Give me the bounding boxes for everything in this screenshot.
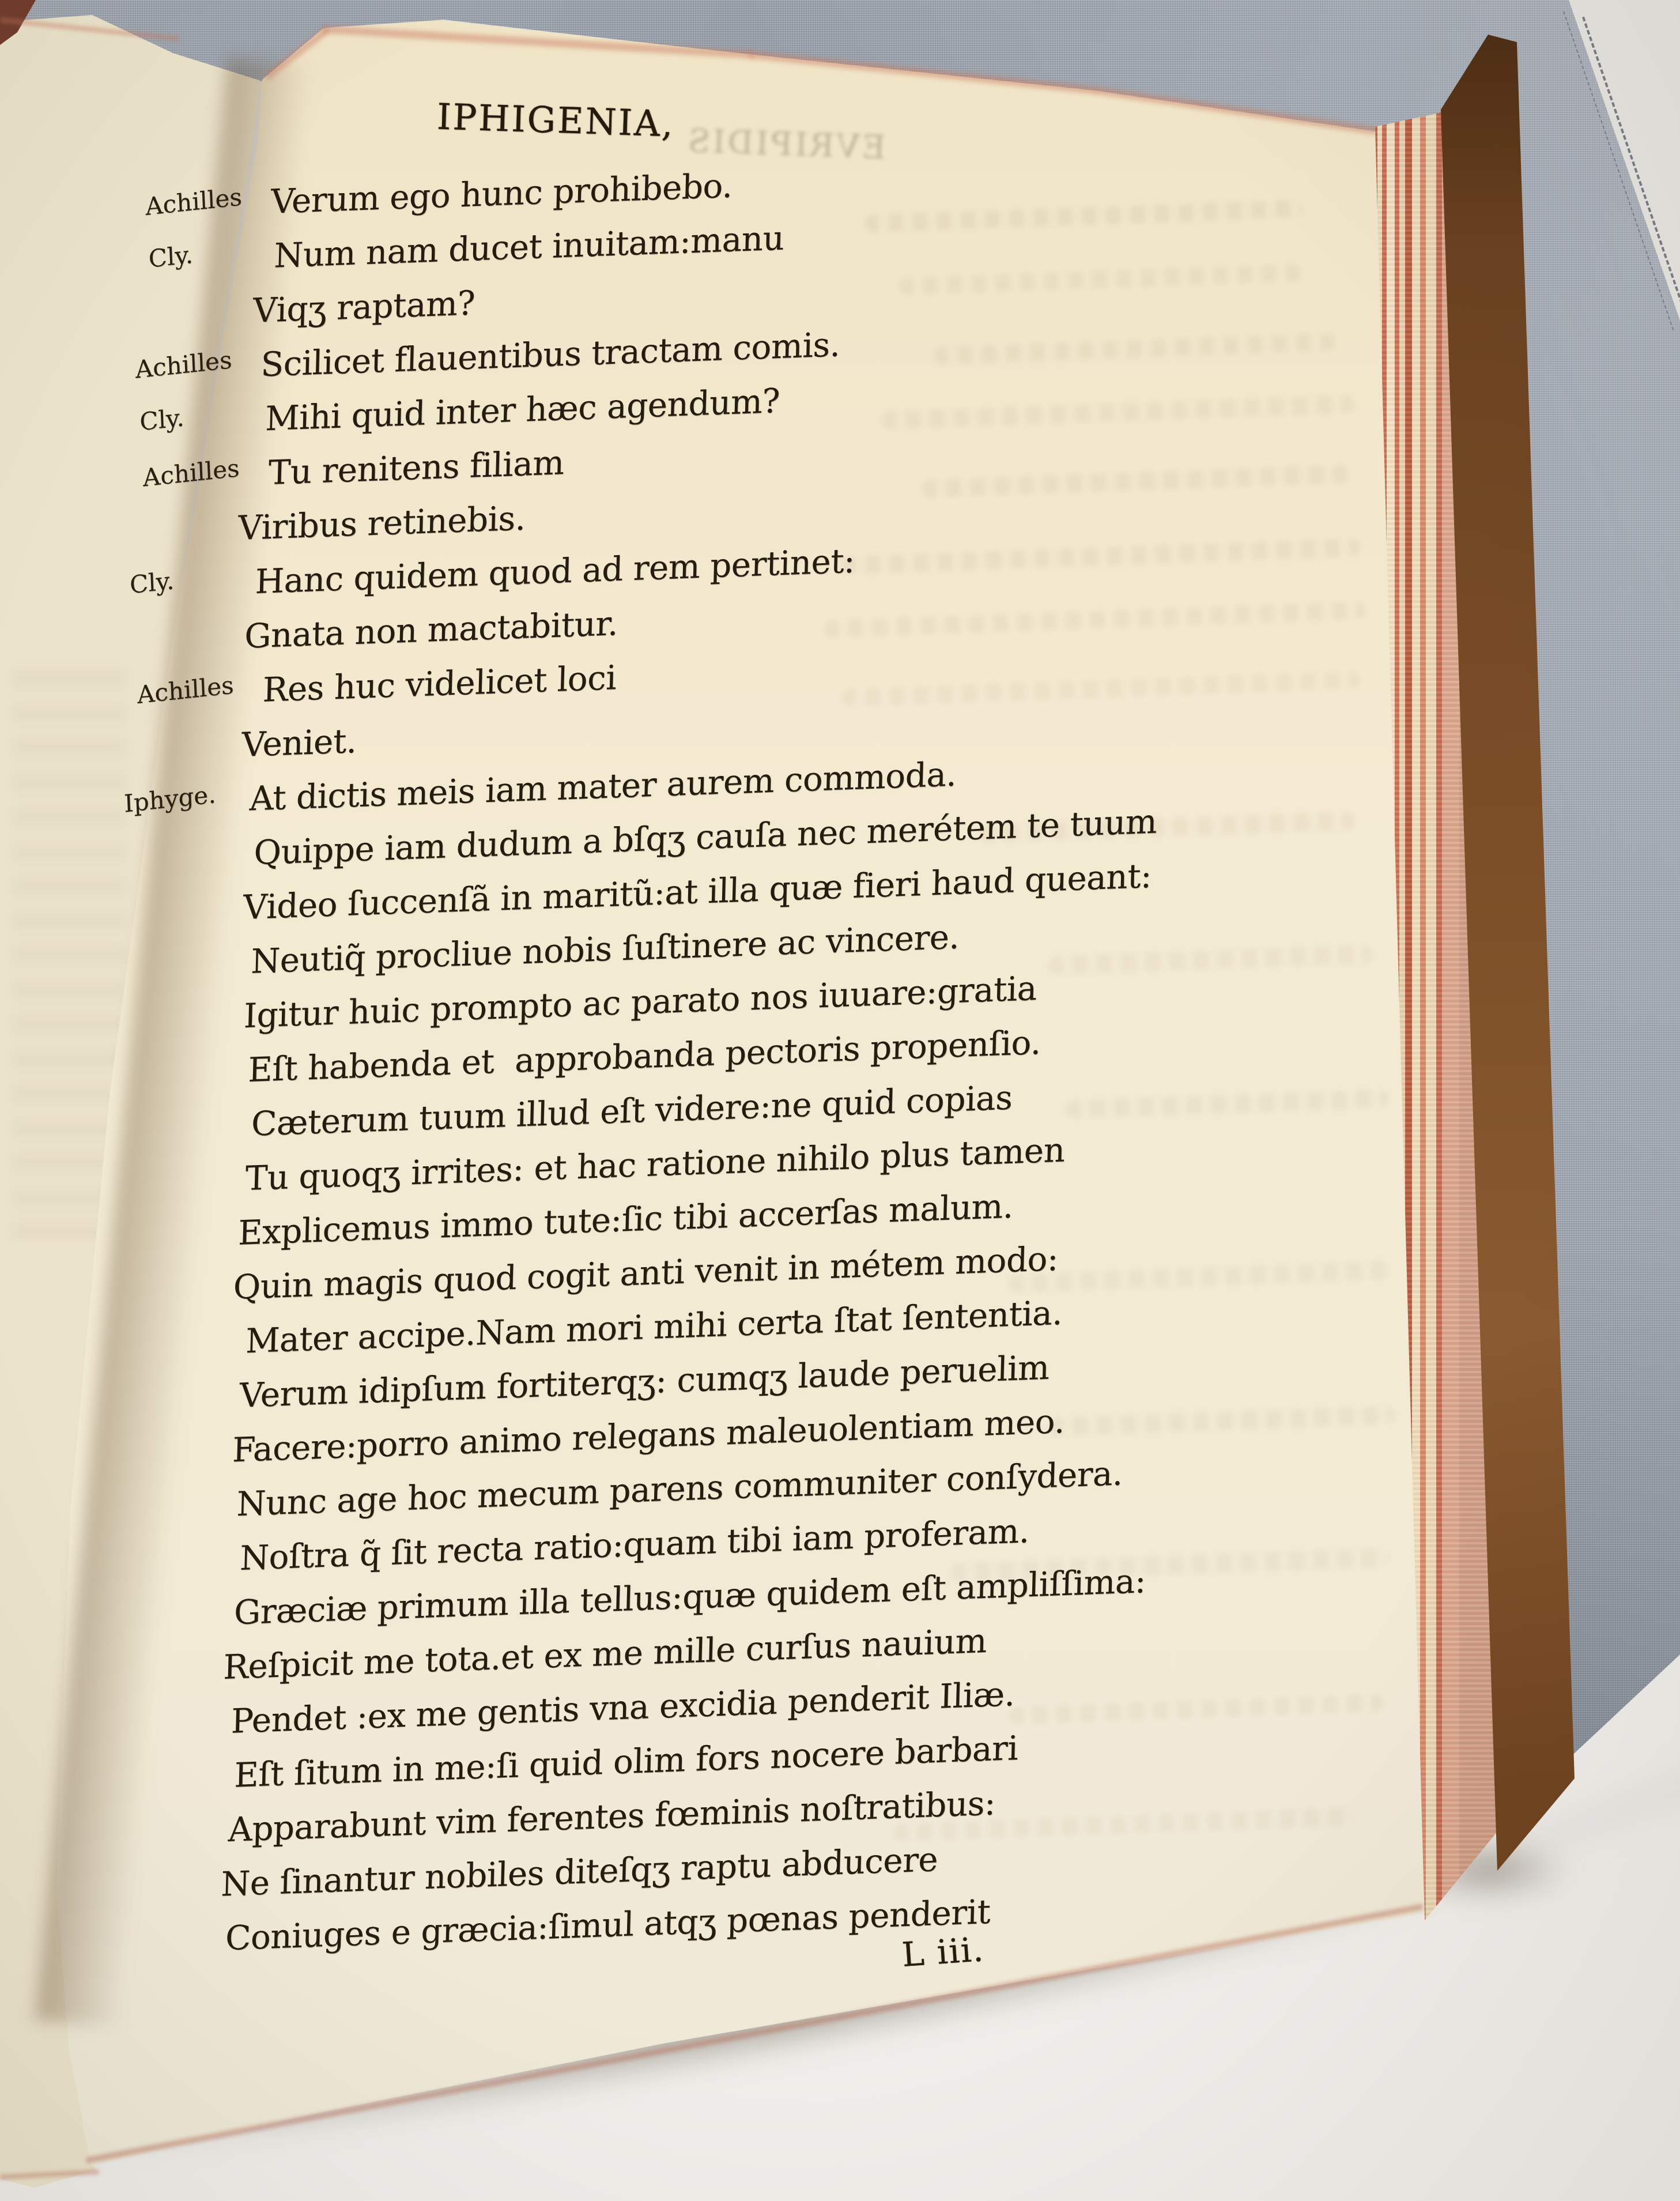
verse-text: Verum ego hunc prohibebo.	[270, 166, 733, 221]
verse-text: Mihi quid inter hæc agendum?	[265, 381, 780, 438]
speaker-label: Cly.	[139, 405, 185, 434]
verse-text: Num nam ducet inuitam:manu	[274, 218, 785, 276]
quire-signature: L iii.	[901, 1929, 986, 1974]
text-lines: AchillesVerum ego hunc prohibebo.Cly.Num…	[225, 133, 1458, 1966]
running-title: IPHIGENIA,	[436, 96, 675, 145]
photo-of-open-book: EVRIPIDIS IPHIGENIA, AchillesVerum ego h…	[0, 0, 1680, 2201]
verse-text: Tu renitens filiam	[268, 443, 565, 492]
text-block: AchillesVerum ego hunc prohibebo.Cly.Num…	[225, 133, 1458, 1966]
verse-text: Viqʒ raptam?	[252, 276, 475, 338]
verse-text: Res huc videlicet loci	[262, 658, 617, 710]
verse-text: Viribus retinebis.	[237, 491, 526, 555]
speaker-label: Cly.	[148, 243, 194, 272]
speaker-label: Cly.	[129, 568, 175, 597]
verse-text: Veniet.	[241, 714, 357, 772]
